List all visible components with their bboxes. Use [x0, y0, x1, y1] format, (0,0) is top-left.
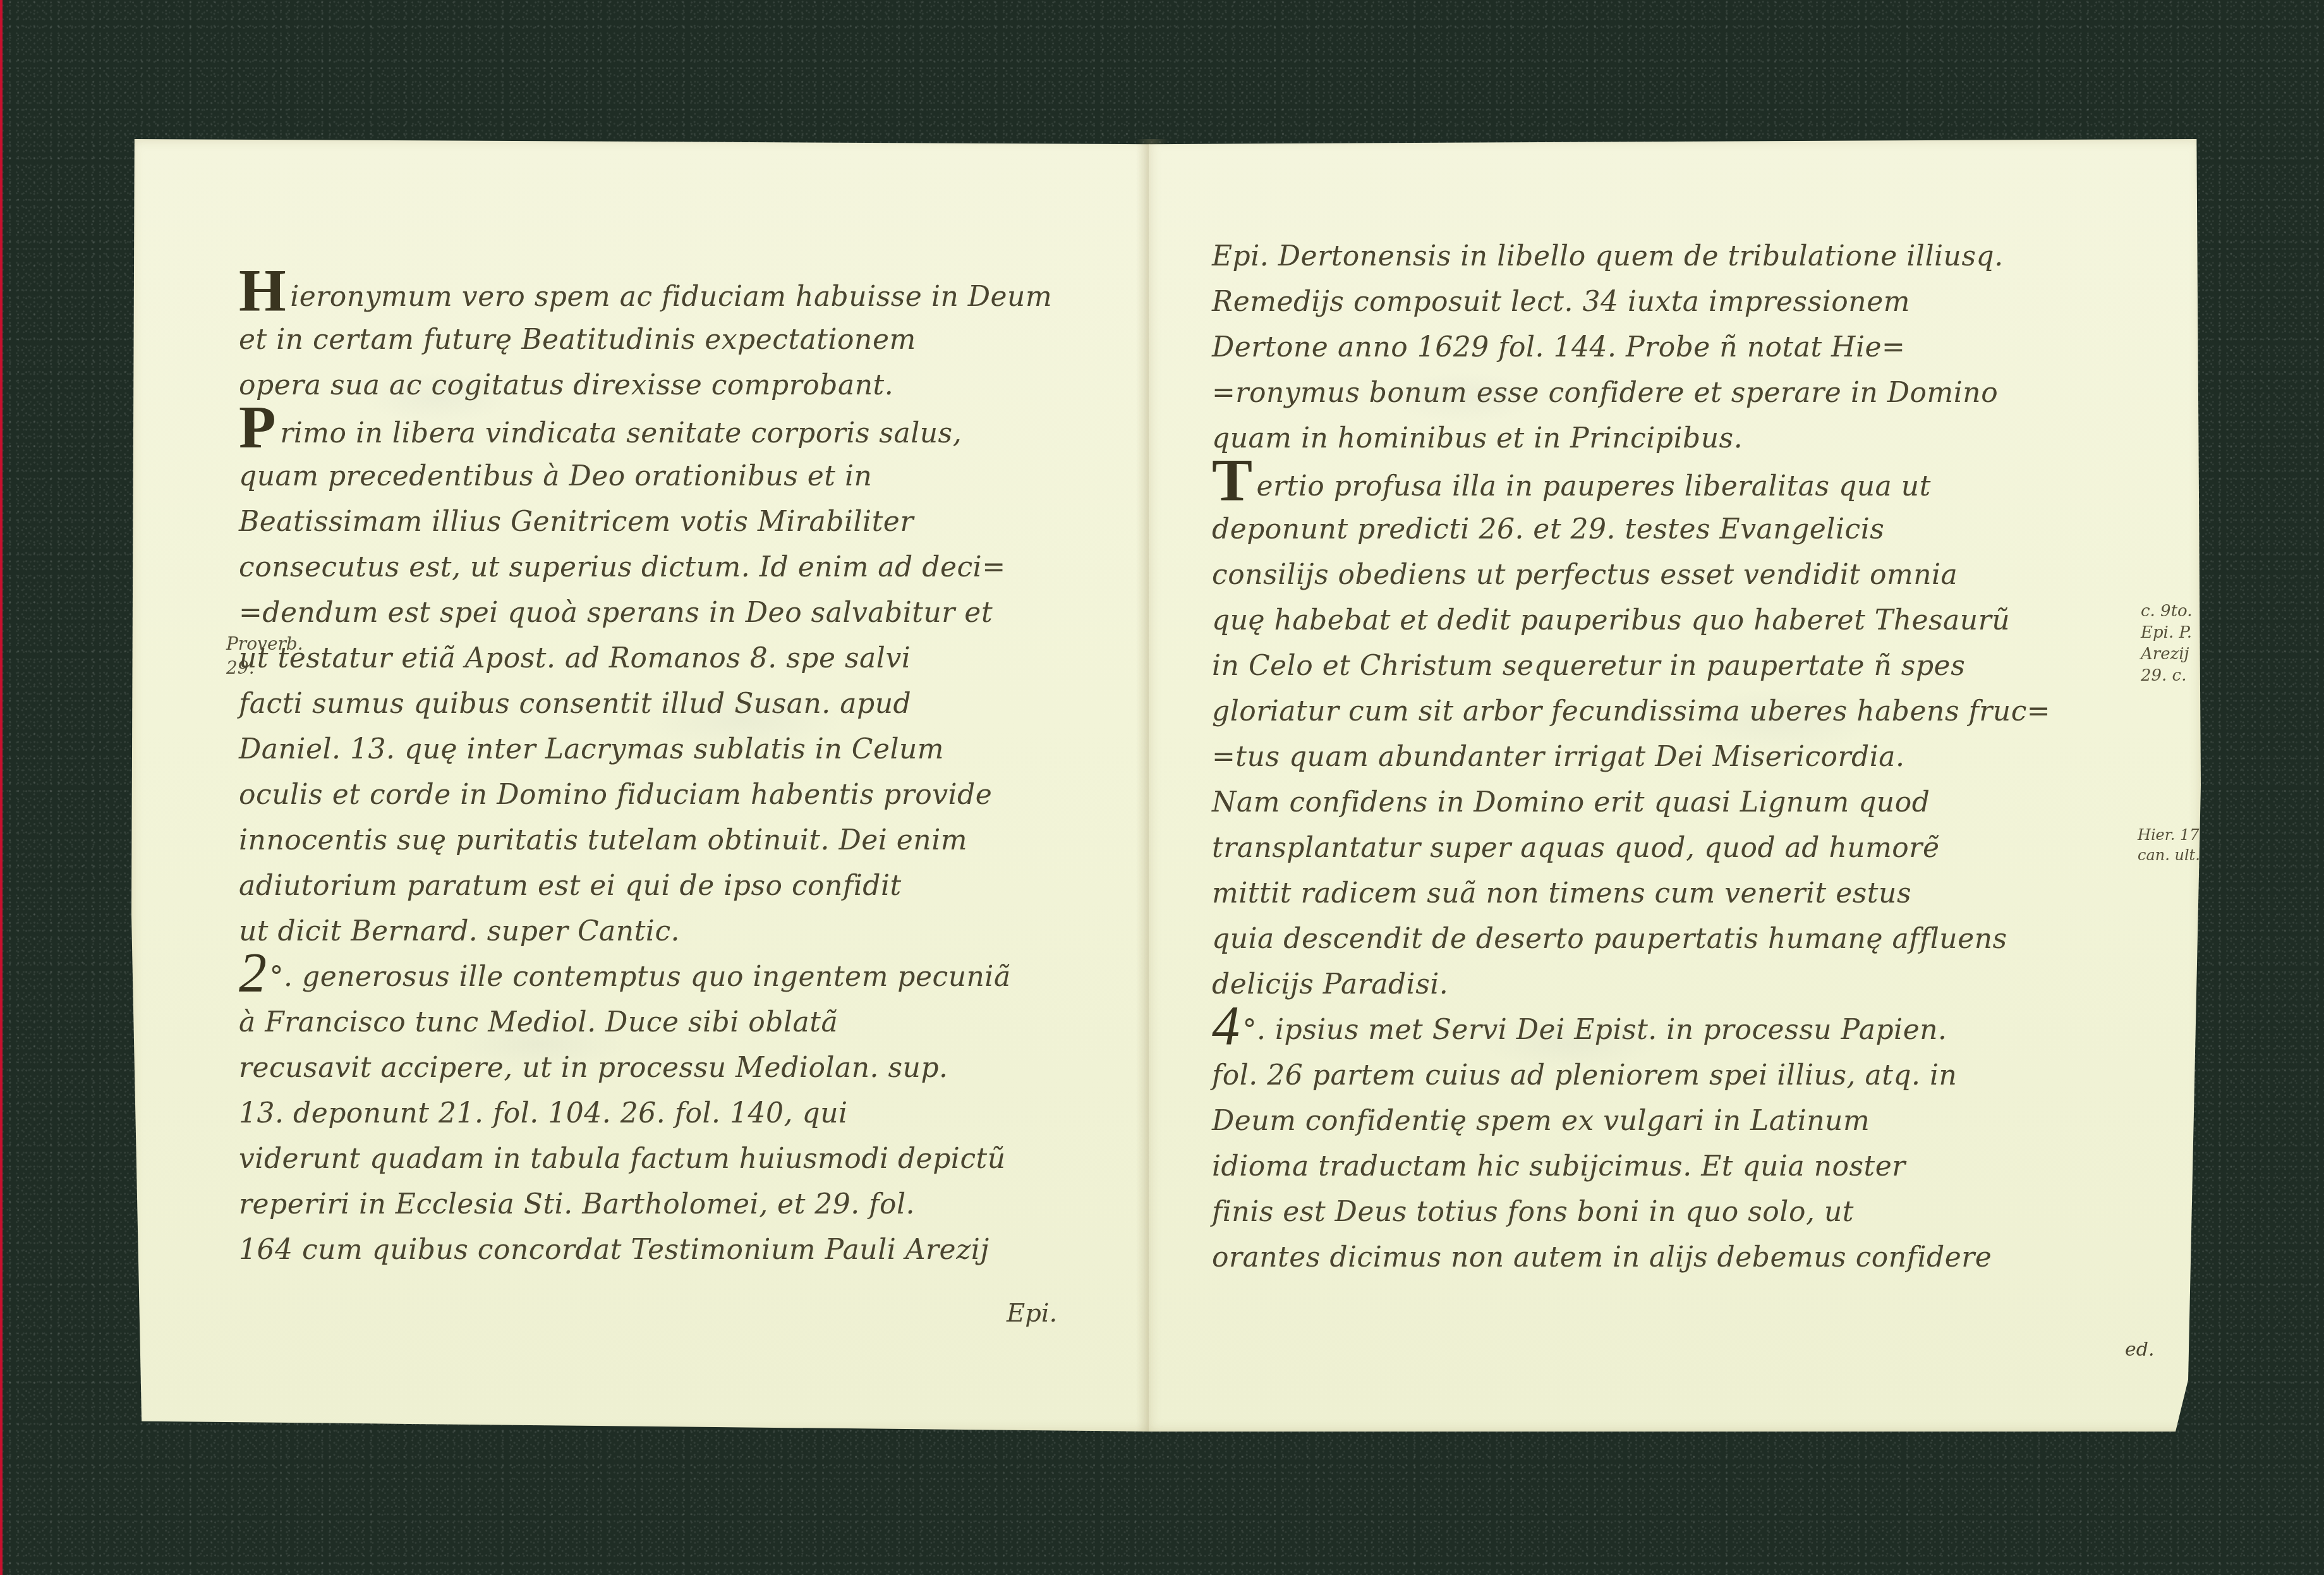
text-line: fol. 26 partem cuius ad pleniorem spei i… [1212, 1053, 2122, 1098]
text-line: viderunt quadam in tabula factum huiusmo… [239, 1136, 1111, 1182]
text-line: ut dicit Bernard. super Cantic. [239, 909, 1111, 954]
text-line: Deum confidentię spem ex vulgari in Lati… [1212, 1098, 2122, 1144]
scan-edge-marker [0, 0, 3, 1575]
text-line: 2°. generosus ille contemptus quo ingent… [239, 954, 1111, 1000]
text-line: transplantatur super aquas quod, quod ad… [1212, 825, 2122, 871]
text-line: quam in hominibus et in Principibus. [1212, 416, 2122, 461]
text-line: =ronymus bonum esse confidere et sperare… [1212, 370, 2122, 416]
initial-letter-h: H [239, 272, 286, 310]
catchword-right: ed. [2125, 1339, 2155, 1361]
text-line: consilijs obediens ut perfectus esset ve… [1212, 552, 2122, 598]
text-line: Hieronymum vero spem ac fiduciam habuiss… [239, 272, 1111, 317]
text-line: Tertio profusa illa in pauperes liberali… [1212, 461, 2122, 507]
text-line: ut testatur etiã Apost. ad Romanos 8. sp… [239, 636, 1111, 681]
text-line: adiutorium paratum est ei qui de ipso co… [239, 863, 1111, 909]
text-line: deponunt predicti 26. et 29. testes Evan… [1212, 507, 2122, 552]
text-line: =dendum est spei quoà sperans in Deo sal… [239, 590, 1111, 636]
text-line: facti sumus quibus consentit illud Susan… [239, 681, 1111, 727]
text-line: quę habebat et dedit pauperibus quo habe… [1212, 598, 2122, 643]
text-line: consecutus est, ut superius dictum. Id e… [239, 545, 1111, 590]
right-page: Epi. Dertonensis in libello quem de trib… [1149, 139, 2201, 1432]
text-line: 13. deponunt 21. fol. 104. 26. fol. 140,… [239, 1091, 1111, 1136]
text-line: et in certam futurę Beatitudinis expecta… [239, 317, 1111, 363]
text-line: Epi. Dertonensis in libello quem de trib… [1212, 234, 2122, 279]
text-line: à Francisco tunc Mediol. Duce sibi oblat… [239, 1000, 1111, 1045]
text-line: =tus quam abundanter irrigat Dei Miseric… [1212, 734, 2122, 780]
text-line: delicijs Paradisi. [1212, 962, 2122, 1007]
text-line: Primo in libera vindicata senitate corpo… [239, 408, 1111, 454]
text-line: 164 cum quibus concordat Testimonium Pau… [239, 1227, 1111, 1273]
text-line: quia descendit de deserto paupertatis hu… [1212, 916, 2122, 962]
initial-numeral-2: 2 [239, 954, 267, 992]
text-line: quam precedentibus à Deo orationibus et … [239, 454, 1111, 499]
text-line: Daniel. 13. quę inter Lacrymas sublatis … [239, 727, 1111, 772]
text-line: oculis et corde in Domino fiduciam haben… [239, 772, 1111, 818]
right-page-text: Epi. Dertonensis in libello quem de trib… [1212, 234, 2122, 1280]
text-line: gloriatur cum sit arbor fecundissima ube… [1212, 689, 2122, 734]
initial-letter-p: P [239, 408, 276, 446]
right-marginal-note-1: c. 9to. Epi. P. Arezij 29. c. [2141, 600, 2198, 686]
text-line: opera sua ac cogitatus direxisse comprob… [239, 363, 1111, 408]
text-line: innocentis suę puritatis tutelam obtinui… [239, 818, 1111, 863]
left-page: Proverb. 29. Hieronymum vero spem ac fid… [131, 139, 1149, 1432]
left-page-text: Hieronymum vero spem ac fiduciam habuiss… [239, 272, 1111, 1273]
initial-numeral-4: 4 [1212, 1007, 1240, 1045]
text-line: reperiri in Ecclesia Sti. Bartholomei, e… [239, 1182, 1111, 1227]
text-line: mittit radicem suã non timens cum veneri… [1212, 871, 2122, 916]
text-line: Dertone anno 1629 fol. 144. Probe ñ nota… [1212, 325, 2122, 370]
text-line: idioma traductam hic subijcimus. Et quia… [1212, 1144, 2122, 1189]
text-line: recusavit accipere, ut in processu Medio… [239, 1045, 1111, 1091]
catchword-left: Epi. [1007, 1299, 1057, 1328]
text-line: Beatissimam illius Genitricem votis Mira… [239, 499, 1111, 545]
initial-letter-t: T [1212, 461, 1253, 499]
manuscript-bifolio: Proverb. 29. Hieronymum vero spem ac fid… [131, 139, 2201, 1432]
text-line: Remedijs composuit lect. 34 iuxta impres… [1212, 279, 2122, 325]
text-line: Nam confidens in Domino erit quasi Lignu… [1212, 780, 2122, 825]
text-line: finis est Deus totius fons boni in quo s… [1212, 1189, 2122, 1235]
right-marginal-note-2: Hier. 17 can. ult. [2138, 825, 2201, 865]
text-line: 4°. ipsius met Servi Dei Epist. in proce… [1212, 1007, 2122, 1053]
text-line: orantes dicimus non autem in alijs debem… [1212, 1235, 2122, 1280]
text-line: in Celo et Christum sequeretur in pauper… [1212, 643, 2122, 689]
